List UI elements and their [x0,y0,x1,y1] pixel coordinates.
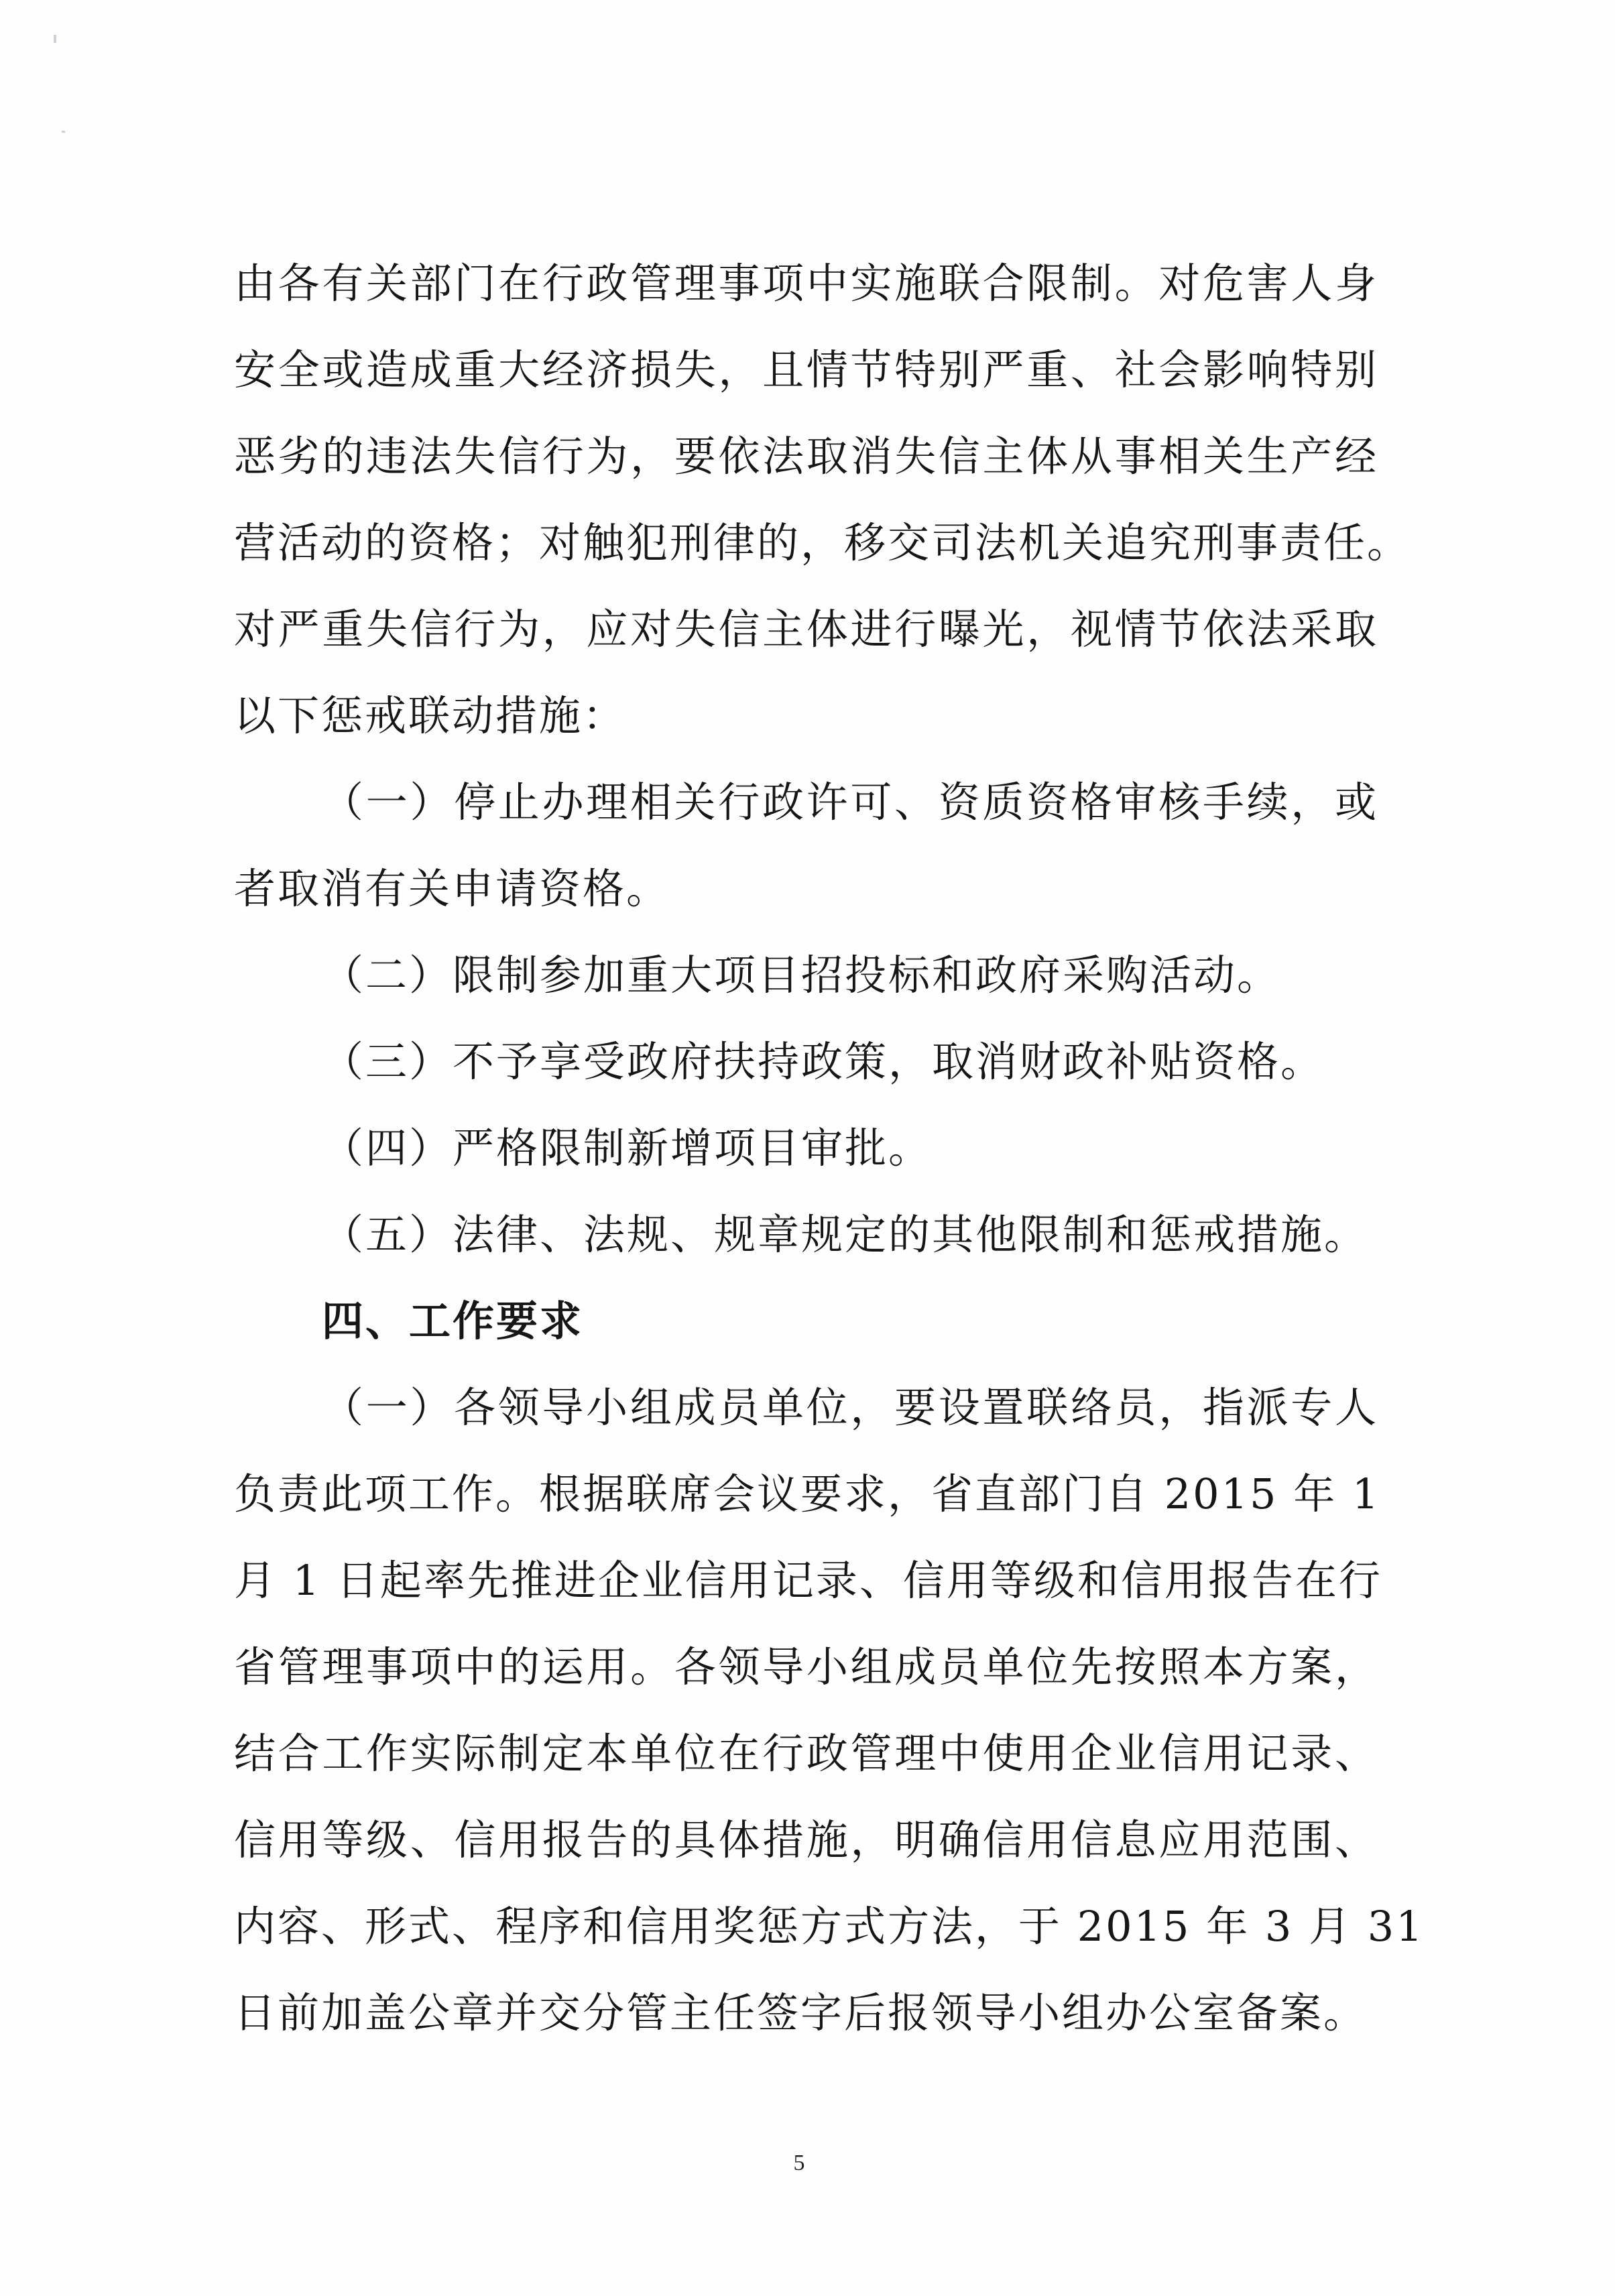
list-item-line: （三）不予享受政府扶持政策，取消财政补贴资格。 [234,1018,1378,1105]
paragraph-line: 安全或造成重大经济损失，且情节特别严重、社会影响特别 [234,326,1378,413]
page-number: 5 [784,2151,814,2176]
paragraph-line: 省管理事项中的运用。各领导小组成员单位先按照本方案， [234,1624,1378,1710]
paragraph-line: 结合工作实际制定本单位在行政管理中使用企业信用记录、 [234,1710,1378,1797]
paragraph-line: 负责此项工作。根据联席会议要求，省直部门自 2015 年 1 [234,1451,1378,1537]
document-page: 由各有关部门在行政管理事项中实施联合限制。对危害人身 安全或造成重大经济损失，且… [0,0,1615,2296]
paragraph-line: 月 1 日起率先推进企业信用记录、信用等级和信用报告在行 [234,1537,1378,1624]
list-item-line: 者取消有关申请资格。 [234,845,1378,932]
body-text: 由各有关部门在行政管理事项中实施联合限制。对危害人身 安全或造成重大经济损失，且… [234,240,1378,2056]
scan-artifact-mark [54,35,56,43]
paragraph-line: 营活动的资格；对触犯刑律的，移交司法机关追究刑事责任。 [234,499,1378,586]
section-heading: 四、工作要求 [234,1278,1378,1364]
paragraph-line: 恶劣的违法失信行为，要依法取消失信主体从事相关生产经 [234,413,1378,499]
list-item-line: （五）法律、法规、规章规定的其他限制和惩戒措施。 [234,1191,1378,1278]
list-item-line: （四）严格限制新增项目审批。 [234,1105,1378,1191]
list-item-line: （二）限制参加重大项目招投标和政府采购活动。 [234,932,1378,1018]
paragraph-line: 内容、形式、程序和信用奖惩方式方法，于 2015 年 3 月 31 [234,1883,1378,1970]
paragraph-line: 日前加盖公章并交分管主任签字后报领导小组办公室备案。 [234,1970,1378,2056]
scan-artifact-mark [62,131,65,133]
list-item-line: （一）停止办理相关行政许可、资质资格审核手续，或 [234,759,1378,845]
paragraph-line: （一）各领导小组成员单位，要设置联络员，指派专人 [234,1364,1378,1451]
paragraph-line: 以下惩戒联动措施： [234,672,1378,759]
paragraph-line: 信用等级、信用报告的具体措施，明确信用信息应用范围、 [234,1797,1378,1883]
paragraph-line: 由各有关部门在行政管理事项中实施联合限制。对危害人身 [234,240,1378,326]
paragraph-line: 对严重失信行为，应对失信主体进行曝光，视情节依法采取 [234,586,1378,672]
